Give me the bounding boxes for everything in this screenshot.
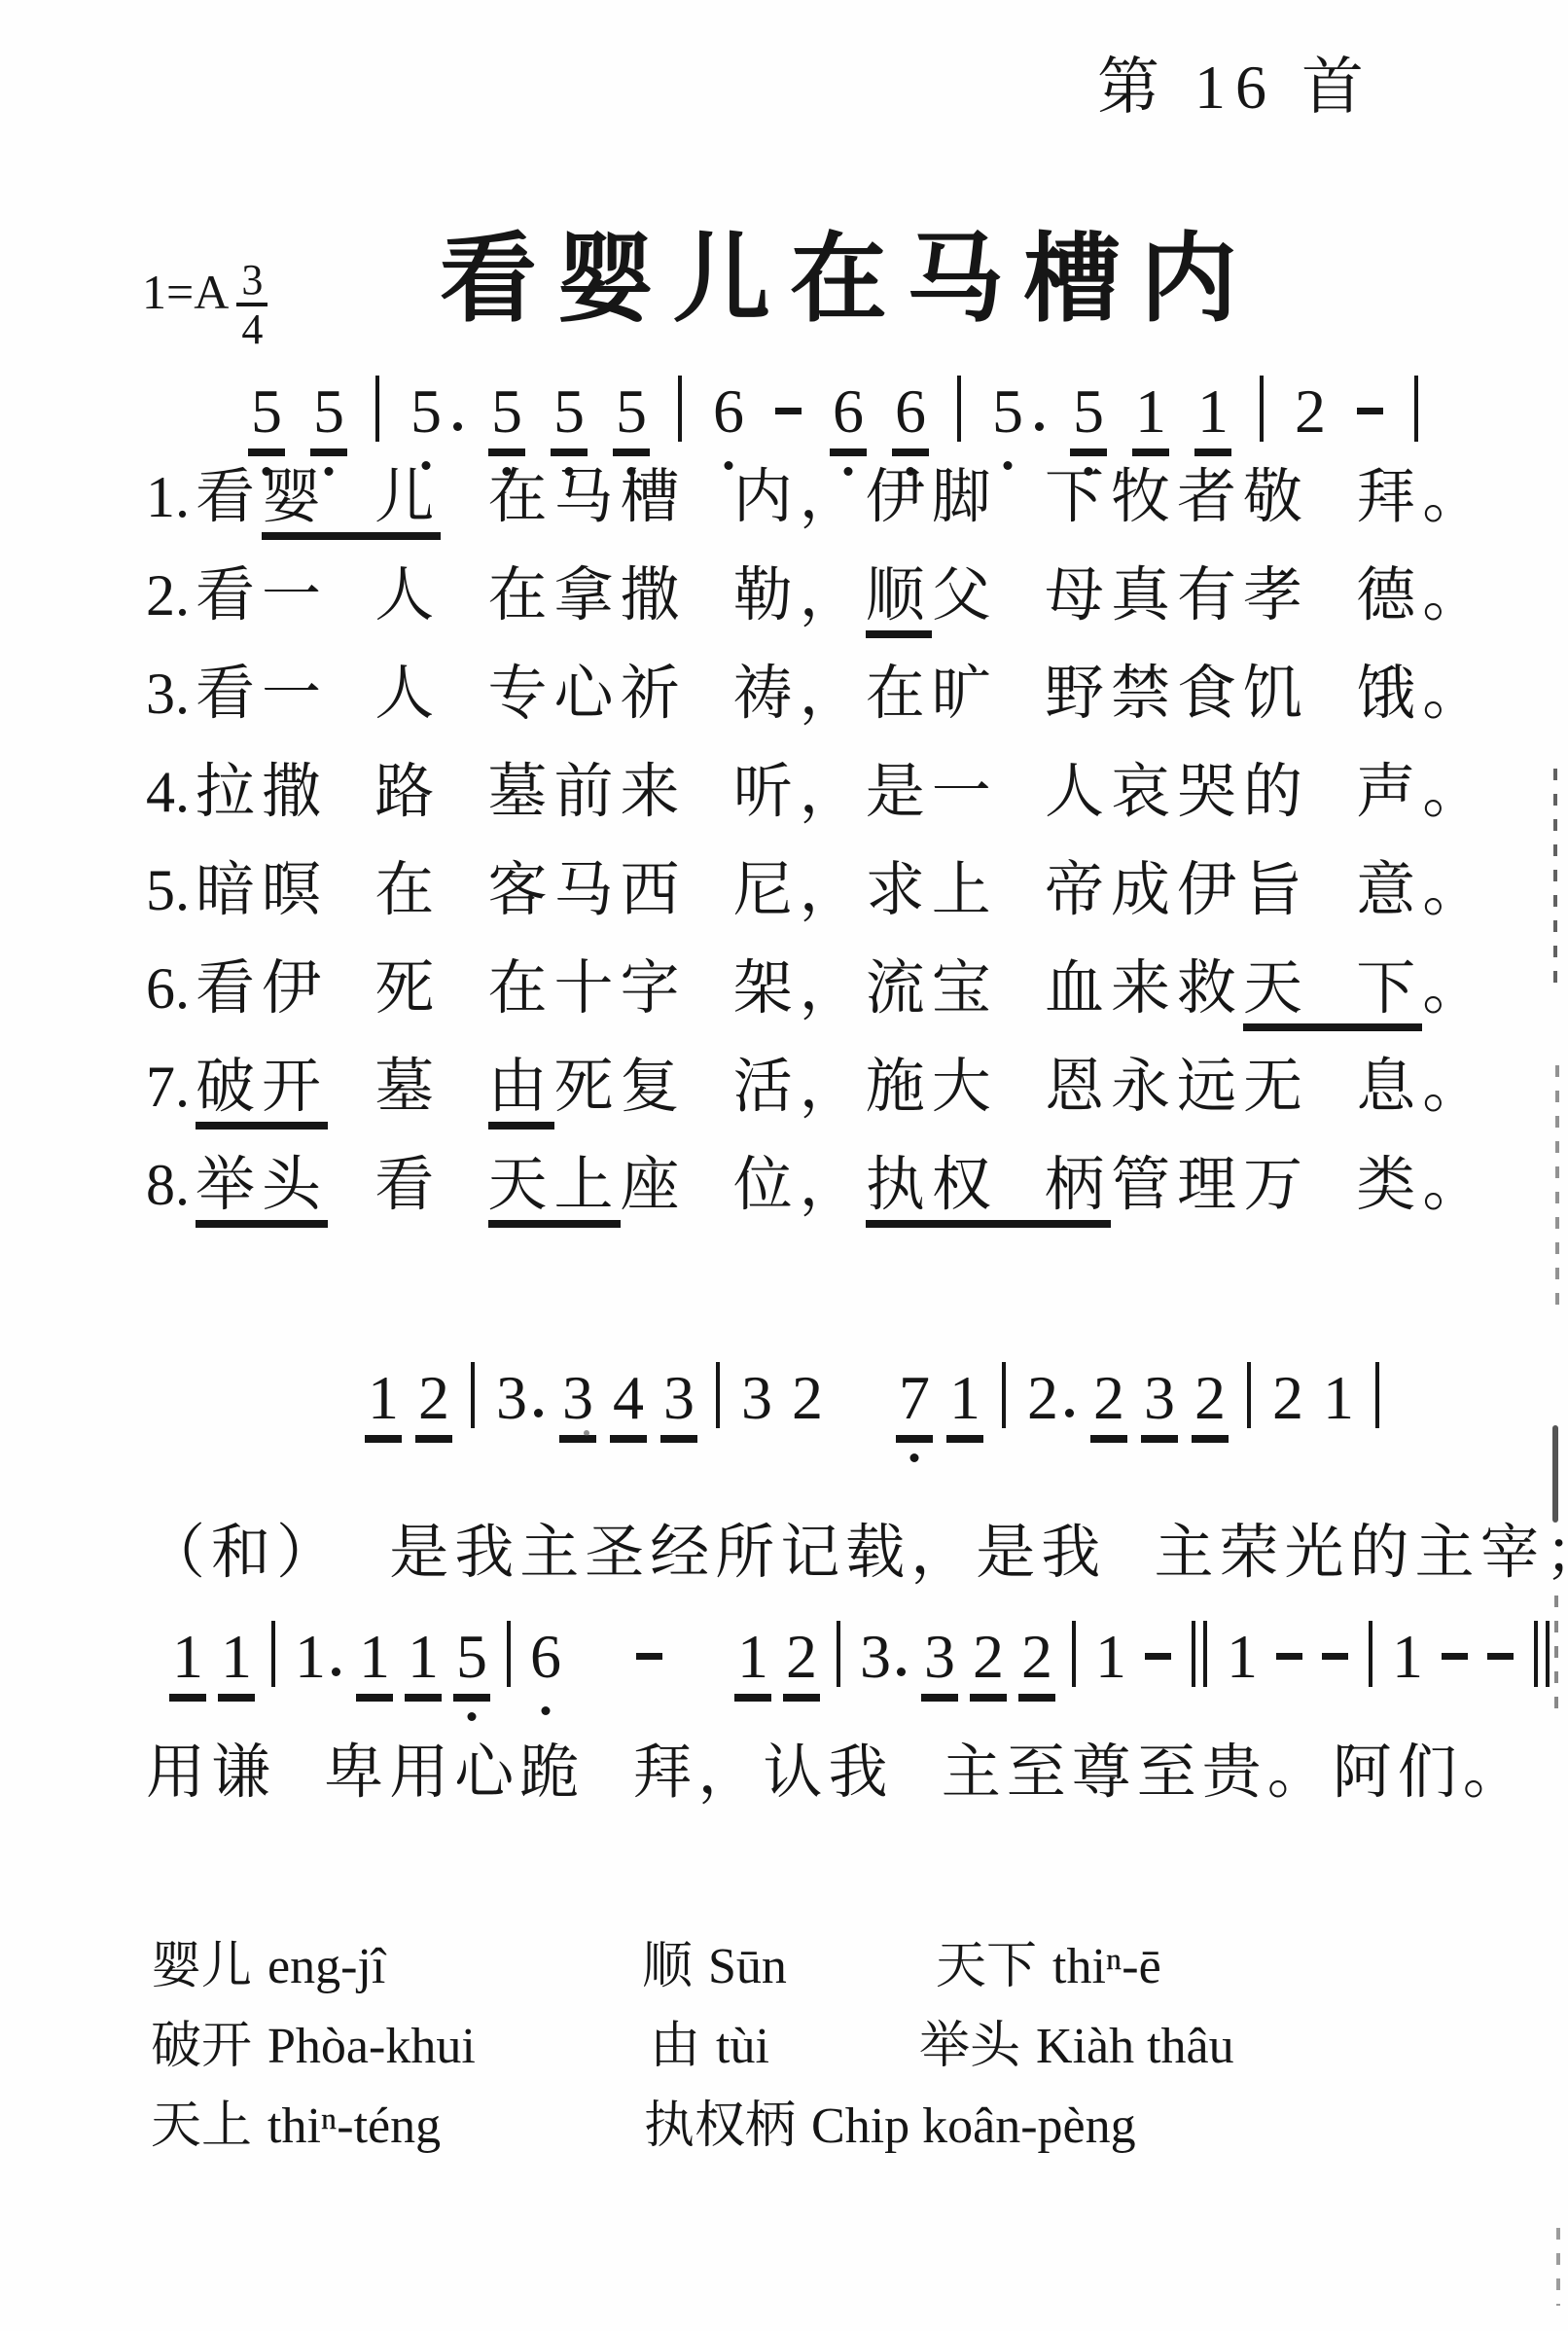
verse-text: 暗暝 在 客马西 尼，求上 帝成伊旨 意。	[196, 858, 1488, 923]
jianpu-note: 3	[1144, 1363, 1175, 1433]
final-lyric-line: 用谦 卑用心跪 拜，认我 主至尊至贵。阿们。	[146, 1730, 1528, 1817]
verse-text: 看婴 儿 在马槽 内，伊脚 下牧者敬 拜。	[196, 465, 1488, 540]
jianpu-note: 1	[368, 1363, 399, 1433]
verse-text: 看一 人 在拿撒 勒，顺父 母真有孝 德。	[196, 563, 1488, 638]
glossary-romanization: Chip koân-pèng	[811, 2098, 1136, 2154]
lyric-run: 墓	[328, 1055, 488, 1120]
jianpu-note: 1	[1323, 1363, 1354, 1433]
scan-edge-artifact	[1554, 1596, 1558, 1712]
verse-text: 破开 墓 由死复 活，施大 恩永远无 息。	[196, 1055, 1488, 1130]
jianpu-note: 1	[949, 1363, 980, 1433]
scan-edge-artifact	[1556, 2228, 1560, 2306]
lyric-run: 管理万 类。	[1111, 1153, 1488, 1218]
jianpu-note: 2	[1272, 1363, 1303, 1433]
jianpu-note: 1	[1095, 1622, 1126, 1692]
verse-text: 举头 看 天上座 位，执权 柄管理万 类。	[196, 1153, 1488, 1228]
glossary-item: 天下thiⁿ-ē	[936, 1924, 1161, 1997]
verse-line-7: 7.破开 墓 由死复 活，施大 恩永远无 息。	[146, 1045, 1527, 1143]
scan-edge-artifact	[1553, 769, 1557, 987]
jianpu-line-3: 1111156123322111	[163, 1621, 1560, 1728]
glossary-hanzi: 婴儿	[151, 1939, 252, 1994]
jianpu-note: 5	[616, 377, 647, 447]
glossary-item: 破开Phòa-khui	[151, 2004, 476, 2077]
barline	[716, 1362, 720, 1428]
time-signature-denominator: 4	[241, 306, 263, 351]
duration-dash	[636, 1653, 662, 1660]
jianpu-note: 1	[221, 1622, 252, 1692]
double-barline	[1534, 1621, 1550, 1687]
jianpu-note: 2	[1093, 1363, 1124, 1433]
jianpu-note: 2	[1194, 1363, 1226, 1433]
jianpu-note: 1	[295, 1622, 326, 1692]
jianpu-line-2: 1233433271223221	[358, 1362, 1391, 1469]
scan-speck	[584, 1430, 589, 1436]
jianpu-note: 3	[741, 1363, 772, 1433]
lyric-run: 在马槽 内，伊脚 下牧者敬 拜。	[441, 465, 1488, 530]
jianpu-note: 5	[410, 377, 442, 447]
underlined-lyric: 天上	[488, 1153, 621, 1228]
verse-number: 4.	[146, 750, 190, 834]
barline	[375, 376, 379, 442]
glossary-romanization: thiⁿ-téng	[267, 2098, 441, 2154]
hymn-number: 第 16 首	[1097, 37, 1373, 126]
barline	[507, 1621, 511, 1687]
verse-line-8: 8.举头 看 天上座 位，执权 柄管理万 类。	[146, 1143, 1527, 1241]
glossary-item: 天上thiⁿ-téng	[151, 2084, 441, 2157]
jianpu-note: 5	[251, 377, 282, 447]
augmentation-dot	[897, 1668, 906, 1676]
lyric-run: 座 位，	[621, 1153, 866, 1218]
duration-dash	[1487, 1653, 1514, 1660]
glossary-hanzi: 破开	[151, 2019, 252, 2074]
jianpu-note: 5	[491, 377, 522, 447]
glossary-romanization: Sūn	[708, 1939, 787, 1994]
hymn-sheet-page: 第 16 首 1=A 3 4 看婴儿在马槽内 55555566655112 1.…	[0, 0, 1568, 2331]
lyric-run: 父 母真有孝 德。	[932, 563, 1489, 628]
glossary-hanzi: 天下	[936, 1939, 1037, 1994]
barline	[1375, 1362, 1379, 1428]
verse-line-4: 4.拉撒 路 墓前来 听，是一 人哀哭的 声。	[146, 750, 1527, 848]
verse-text: 看一 人 专心祈 祷，在旷 野禁食饥 饿。	[196, 662, 1488, 727]
glossary-hanzi: 举头	[919, 2019, 1020, 2074]
scan-edge-artifact	[1552, 1425, 1558, 1523]
time-signature: 3 4	[236, 259, 267, 351]
jianpu-note: 1	[737, 1622, 768, 1692]
jianpu-note: 3	[663, 1363, 695, 1433]
barline	[1247, 1362, 1251, 1428]
jianpu-note: 6	[713, 377, 744, 447]
lyric-run: 看伊 死 在十字 架，流宝 血来救	[196, 956, 1243, 1022]
glossary-item: 顺Sūn	[642, 1924, 787, 1997]
underlined-lyric: 由	[488, 1055, 554, 1130]
glossary-item: 婴儿eng-jî	[151, 1924, 385, 1997]
jianpu-note: 1	[359, 1622, 390, 1692]
jianpu-note: 5	[313, 377, 344, 447]
duration-dash	[1276, 1653, 1302, 1660]
jianpu-note: 6	[833, 377, 864, 447]
lyric-run: 死复 活，施大 恩永远无 息。	[554, 1055, 1489, 1120]
glossary-item: 举头Kiàh thâu	[919, 2004, 1234, 2077]
barline	[471, 1362, 475, 1428]
verse-line-2: 2.看一 人 在拿撒 勒，顺父 母真有孝 德。	[146, 554, 1527, 652]
verse-text: 看伊 死 在十字 架，流宝 血来救天 下。	[196, 956, 1488, 1031]
underlined-lyric: 婴 儿	[262, 465, 441, 540]
underlined-lyric: 执权 柄	[866, 1153, 1111, 1228]
verse-number: 1.	[146, 455, 190, 539]
augmentation-dot	[332, 1668, 340, 1676]
lyric-run: 拉撒 路 墓前来 听，是一 人哀哭的 声。	[196, 760, 1488, 825]
chorus-line: （和） 是我主圣经所记载，是我 主荣光的主宰；	[146, 1510, 1568, 1597]
duration-dash	[775, 408, 802, 414]
barline	[1260, 376, 1264, 442]
verse-line-6: 6.看伊 死 在十字 架，流宝 血来救天 下。	[146, 947, 1527, 1045]
verse-block: 1.看婴 儿 在马槽 内，伊脚 下牧者敬 拜。 2.看一 人 在拿撒 勒，顺父 …	[146, 455, 1527, 1241]
glossary-hanzi: 顺	[642, 1939, 693, 1994]
hymn-title: 看婴儿在马槽内	[440, 200, 1257, 341]
verse-line-5: 5.暗暝 在 客马西 尼，求上 帝成伊旨 意。	[146, 848, 1527, 947]
jianpu-note: 1	[172, 1622, 203, 1692]
glossary-hanzi: 由	[650, 2019, 700, 2074]
verse-number: 7.	[146, 1045, 190, 1129]
verse-line-1: 1.看婴 儿 在马槽 内，伊脚 下牧者敬 拜。	[146, 455, 1527, 554]
jianpu-note: 1	[1197, 377, 1229, 447]
underlined-lyric: 举头	[196, 1153, 328, 1228]
jianpu-note: 5	[553, 377, 585, 447]
barline	[678, 376, 682, 442]
double-barline	[1192, 1621, 1207, 1687]
key-tonic: 1=A	[142, 264, 229, 320]
jianpu-note: 5	[456, 1622, 487, 1692]
augmentation-dot	[1065, 1409, 1074, 1417]
glossary-hanzi: 天上	[151, 2098, 252, 2154]
barline	[1002, 1362, 1006, 1428]
jianpu-note: 3	[562, 1363, 593, 1433]
glossary-romanization: eng-jî	[267, 1939, 385, 1994]
glossary-romanization: Phòa-khui	[267, 2019, 476, 2074]
barline	[1369, 1621, 1372, 1687]
glossary-hanzi: 执权柄	[644, 2098, 796, 2154]
barline	[837, 1621, 840, 1687]
key-signature: 1=A 3 4	[142, 245, 267, 338]
jianpu-note: 3	[860, 1622, 891, 1692]
lyric-run: 看	[196, 465, 262, 530]
lyric-run: 看一 人 在拿撒 勒，	[196, 563, 866, 628]
verse-number: 8.	[146, 1143, 190, 1227]
verse-number: 2.	[146, 554, 190, 637]
glossary-romanization: Kiàh thâu	[1036, 2019, 1234, 2074]
underlined-lyric: 天 下	[1243, 956, 1422, 1031]
lyric-run: 看一 人 专心祈 祷，在旷 野禁食饥 饿。	[196, 662, 1488, 727]
glossary-romanization: thiⁿ-ē	[1052, 1939, 1161, 1994]
glossary-item: 由tùi	[650, 2004, 769, 2077]
duration-dash	[1145, 1653, 1171, 1660]
jianpu-note: 6	[530, 1622, 561, 1692]
jianpu-note: 7	[899, 1363, 930, 1433]
lyric-run: 看	[328, 1153, 488, 1218]
duration-dash	[1442, 1653, 1468, 1660]
time-signature-numerator: 3	[236, 259, 267, 306]
jianpu-note: 2	[973, 1622, 1004, 1692]
verse-number: 5.	[146, 848, 190, 932]
underlined-lyric: 破开	[196, 1055, 328, 1130]
lyric-run: 。	[1422, 956, 1488, 1022]
barline	[1072, 1621, 1076, 1687]
jianpu-note: 1	[1135, 377, 1166, 447]
jianpu-note: 5	[992, 377, 1023, 447]
verse-line-3: 3.看一 人 专心祈 祷，在旷 野禁食饥 饿。	[146, 652, 1527, 750]
jianpu-note: 3	[924, 1622, 955, 1692]
verse-text: 拉撒 路 墓前来 听，是一 人哀哭的 声。	[196, 760, 1488, 825]
underlined-lyric: 顺	[866, 563, 932, 638]
jianpu-note: 6	[895, 377, 926, 447]
duration-dash	[1357, 408, 1383, 414]
lyric-run: （和） 是我主圣经所记载，是我 主荣光的主宰；	[146, 1521, 1568, 1586]
augmentation-dot	[534, 1409, 543, 1417]
jianpu-note: 2	[792, 1363, 823, 1433]
verse-number: 6.	[146, 947, 190, 1030]
verse-number: 3.	[146, 652, 190, 735]
jianpu-note: 2	[418, 1363, 449, 1433]
barline	[271, 1621, 275, 1687]
lyric-run: 暗暝 在 客马西 尼，求上 帝成伊旨 意。	[196, 858, 1488, 923]
scan-edge-artifact	[1555, 1065, 1559, 1309]
jianpu-note: 1	[408, 1622, 439, 1692]
glossary-item: 执权柄Chip koân-pèng	[644, 2084, 1136, 2157]
jianpu-note: 1	[1227, 1622, 1258, 1692]
jianpu-note: 1	[1392, 1622, 1423, 1692]
jianpu-note: 4	[613, 1363, 644, 1433]
duration-dash	[1322, 1653, 1348, 1660]
jianpu-note: 2	[1295, 377, 1326, 447]
jianpu-note: 3	[496, 1363, 527, 1433]
glossary-romanization: tùi	[716, 2019, 769, 2074]
barline	[1414, 376, 1418, 442]
jianpu-note: 2	[1021, 1622, 1052, 1692]
barline	[957, 376, 961, 442]
augmentation-dot	[1035, 422, 1044, 431]
jianpu-note: 5	[1073, 377, 1104, 447]
augmentation-dot	[453, 422, 462, 431]
jianpu-note: 2	[786, 1622, 817, 1692]
jianpu-note: 2	[1027, 1363, 1058, 1433]
lyric-run: 用谦 卑用心跪 拜，认我 主至尊至贵。阿们。	[146, 1740, 1528, 1806]
